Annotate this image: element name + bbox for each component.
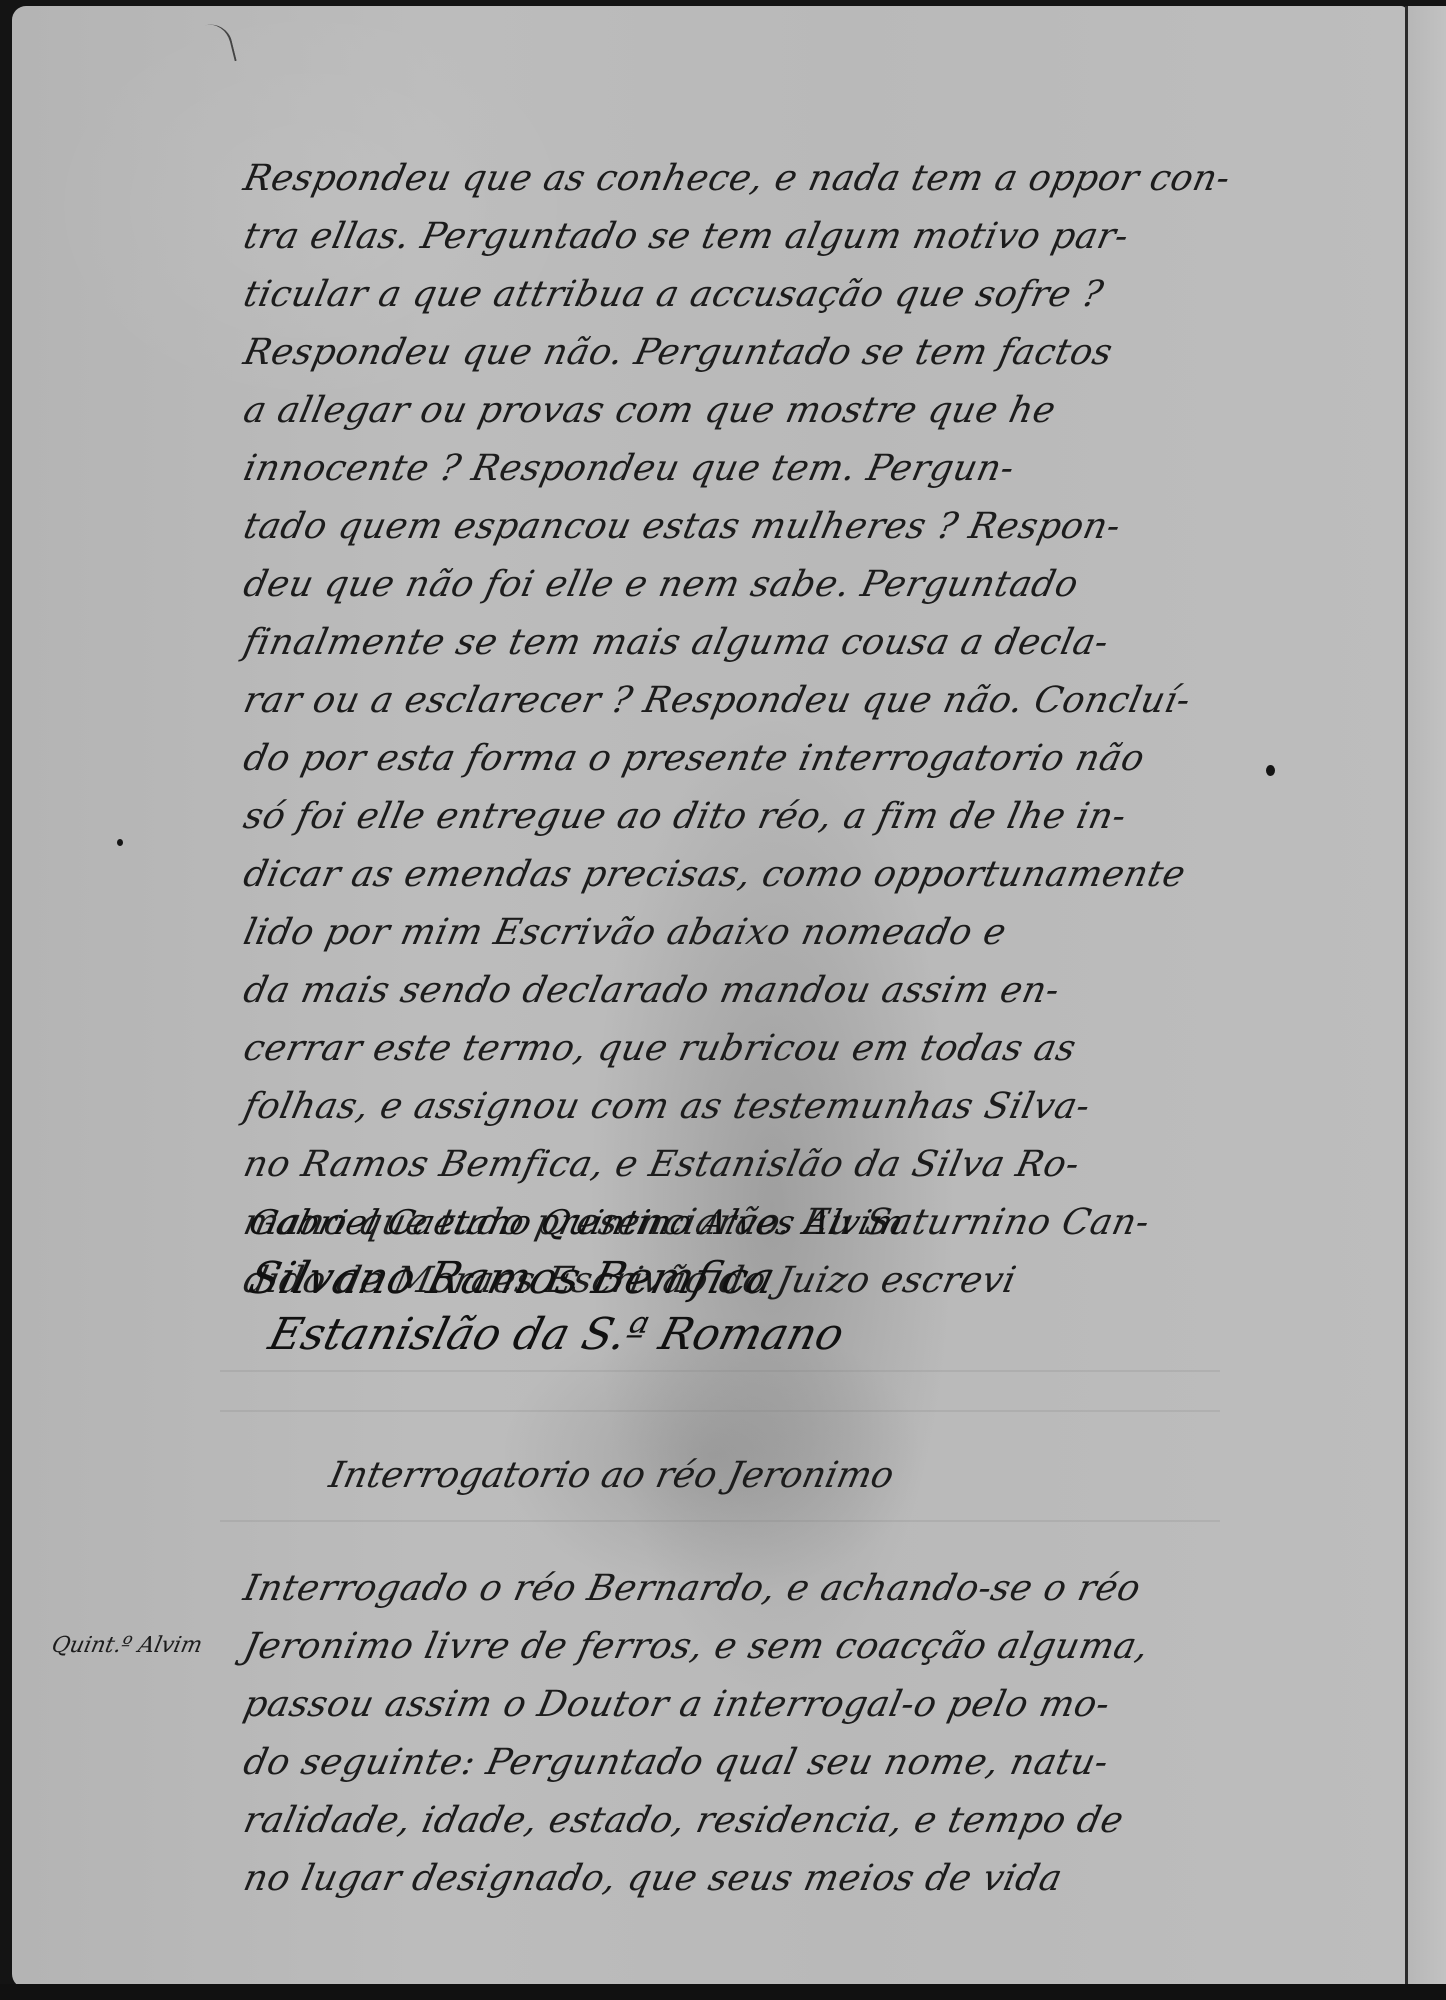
scan-bottom-border xyxy=(0,1984,1446,2000)
text-line: Jeronimo livre de ferros, e sem coacção … xyxy=(238,1618,1250,1676)
margin-note: Quint.º Alvim xyxy=(49,1633,204,1658)
text-line: innocente ? Respondeu que tem. Pergun- xyxy=(238,440,1250,498)
ink-spot xyxy=(1266,765,1275,776)
text-line: dicar as emendas precisas, como opportun… xyxy=(238,846,1250,904)
text-line: tra ellas. Perguntado se tem algum motiv… xyxy=(238,208,1250,266)
text-line: Interrogado o réo Bernardo, e achando-se… xyxy=(238,1560,1250,1618)
signature: Estanislão da S.ª Romano xyxy=(263,1307,1207,1363)
signature-block: Gabriel Caetano Quintino Alves Alvim Sil… xyxy=(250,1195,1200,1363)
signature: Gabriel Caetano Quintino Alves Alvim xyxy=(243,1195,1207,1251)
text-line: folhas, e assignou com as testemunhas Si… xyxy=(238,1078,1250,1136)
text-line: Respondeu que as conhece, e nada tem a o… xyxy=(238,150,1250,208)
text-line: do seguinte: Perguntado qual seu nome, n… xyxy=(238,1734,1250,1792)
body-text-block-1: Respondeu que as conhece, e nada tem a o… xyxy=(238,150,1238,1310)
bleed-through-line xyxy=(220,1520,1220,1522)
adjacent-page-edge xyxy=(1408,6,1446,1986)
text-line: cerrar este termo, que rubricou em todas… xyxy=(238,1020,1250,1078)
text-line: rar ou a esclarecer ? Respondeu que não.… xyxy=(238,672,1250,730)
body-text-block-2: Interrogado o réo Bernardo, e achando-se… xyxy=(238,1560,1238,1908)
text-line: finalmente se tem mais alguma cousa a de… xyxy=(238,614,1250,672)
bleed-through-line xyxy=(220,1370,1220,1372)
text-line: no Ramos Bemfica, e Estanislão da Silva … xyxy=(238,1136,1250,1194)
ink-spot xyxy=(117,839,123,846)
text-line: do por esta forma o presente interrogato… xyxy=(238,730,1250,788)
text-line: ticular a que attribua a accusação que s… xyxy=(238,266,1250,324)
text-line: a allegar ou provas com que mostre que h… xyxy=(238,382,1250,440)
text-line: da mais sendo declarado mandou assim en- xyxy=(238,962,1250,1020)
text-line: ralidade, idade, estado, residencia, e t… xyxy=(238,1792,1250,1850)
text-line: Respondeu que não. Perguntado se tem fac… xyxy=(238,324,1250,382)
section-heading: Interrogatorio ao réo Jeronimo xyxy=(326,1455,1135,1496)
text-line: tado quem espancou estas mulheres ? Resp… xyxy=(238,498,1250,556)
text-line: deu que não foi elle e nem sabe. Pergunt… xyxy=(238,556,1250,614)
bleed-through-line xyxy=(220,1410,1220,1412)
text-line: passou assim o Doutor a interrogal-o pel… xyxy=(238,1676,1250,1734)
signature: Silvano Ramos Bemfica xyxy=(243,1251,1207,1307)
text-line: só foi elle entregue ao dito réo, a fim … xyxy=(238,788,1250,846)
text-line: lido por mim Escrivão abaixo nomeado e xyxy=(238,904,1250,962)
text-line: no lugar designado, que seus meios de vi… xyxy=(238,1850,1250,1908)
